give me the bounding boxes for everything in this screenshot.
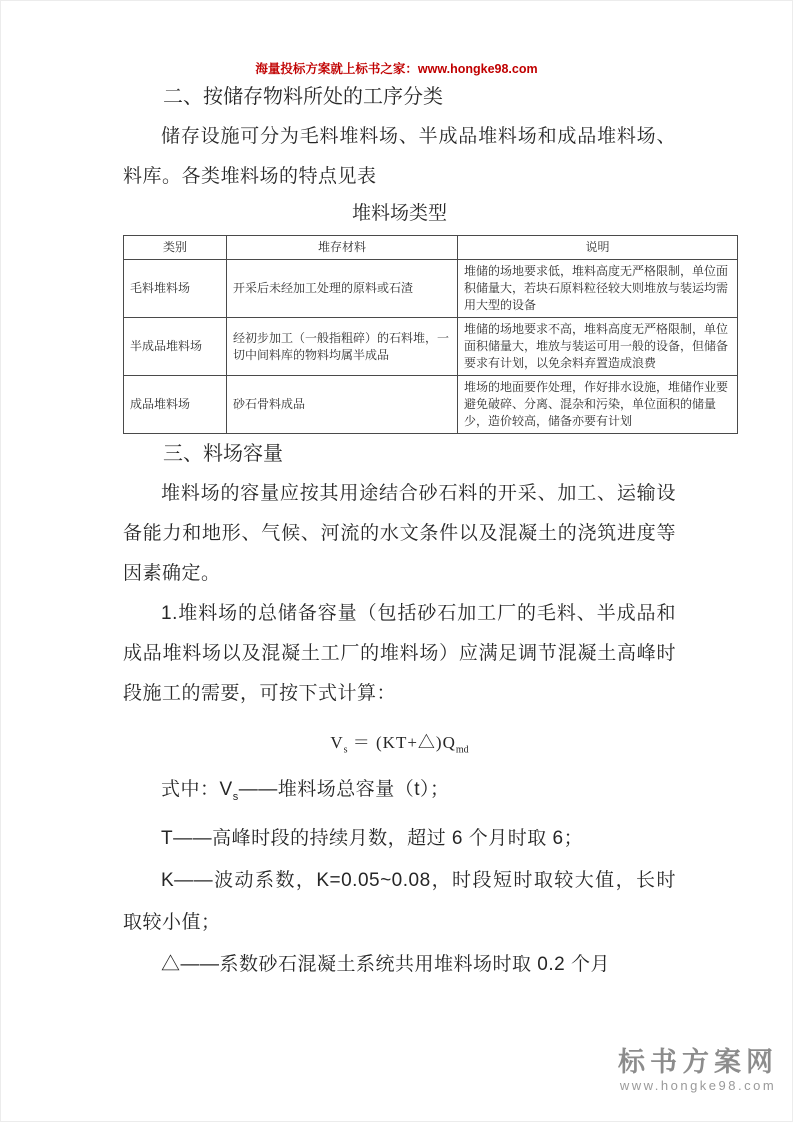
- table-cell-category: 半成品堆料场: [124, 318, 227, 376]
- section-heading-capacity: 三、料场容量: [123, 434, 676, 474]
- where-vs-description: ——堆料场总容量（t）；: [239, 779, 450, 800]
- table-cell-note: 堆储的场地要求不高，堆料高度无严格限制，单位面积储量大，堆放与装运可用一般的设备…: [458, 318, 738, 376]
- header-promo-text: 海量投标方案就上标书之家：www.hongke98.com: [1, 61, 792, 77]
- table-header-row: 类别 堆存材料 说明: [124, 236, 738, 260]
- where-vs-prefix: 式中：V: [161, 779, 233, 800]
- table-row: 毛料堆料场 开采后未经加工处理的原料或石渣 堆储的场地要求低，堆料高度无严格限制…: [124, 260, 738, 318]
- formula-where-line-k: K——波动系数，K=0.05~0.08，时段短时取较大值，长时取较小值；: [123, 860, 676, 944]
- table-cell-material: 经初步加工（一般指粗碎）的石料堆，一切中间料库的物料均属半成品: [227, 318, 458, 376]
- formula-lhs: V: [330, 733, 343, 752]
- formula-where-line-vs: 式中：Vs——堆料场总容量（t）；: [123, 769, 676, 818]
- classification-intro-paragraph: 储存设施可分为毛料堆料场、半成品堆料场和成品堆料场、料库。各类堆料场的特点见表: [123, 117, 676, 197]
- watermark-site-url: www.hongke98.com: [618, 1077, 778, 1095]
- capacity-formula: Vs ＝ (KT+△)Qmd: [123, 724, 676, 769]
- table-header-category: 类别: [124, 236, 227, 260]
- formula-rhs-subscript: md: [456, 744, 469, 755]
- table-caption: 堆料场类型: [123, 199, 676, 229]
- table-row: 成品堆料场 砂石骨料成品 堆场的地面要作处理，作好排水设施，堆储作业要避免破碎、…: [124, 376, 738, 434]
- formula-where-line-delta: △——系数砂石混凝土系统共用堆料场时取 0.2 个月: [123, 944, 676, 986]
- capacity-paragraph-1: 堆料场的容量应按其用途结合砂石料的开采、加工、运输设备能力和地形、气候、河流的水…: [123, 474, 676, 594]
- capacity-paragraph-2: 1.堆料场的总储备容量（包括砂石加工厂的毛料、半成品和成品堆料场以及混凝土工厂的…: [123, 594, 676, 714]
- table-header-note: 说明: [458, 236, 738, 260]
- formula-rhs: (KT+△)Q: [376, 733, 456, 752]
- formula-where-line-t: T——高峰时段的持续月数，超过 6 个月时取 6；: [123, 818, 676, 860]
- table-cell-category: 毛料堆料场: [124, 260, 227, 318]
- table-cell-category: 成品堆料场: [124, 376, 227, 434]
- site-watermark: 标书方案网 www.hongke98.com: [618, 1047, 778, 1095]
- table-cell-note: 堆储的场地要求低，堆料高度无严格限制，单位面积储量大，若块石原料粒径较大则堆放与…: [458, 260, 738, 318]
- table-row: 半成品堆料场 经初步加工（一般指粗碎）的石料堆，一切中间料库的物料均属半成品 堆…: [124, 318, 738, 376]
- document-content: 二、按储存物料所处的工序分类 储存设施可分为毛料堆料场、半成品堆料场和成品堆料场…: [123, 77, 792, 986]
- formula-equals: ＝: [348, 733, 377, 752]
- watermark-site-name: 标书方案网: [618, 1047, 778, 1077]
- table-cell-material: 开采后未经加工处理的原料或石渣: [227, 260, 458, 318]
- table-header-material: 堆存材料: [227, 236, 458, 260]
- table-cell-note: 堆场的地面要作处理，作好排水设施，堆储作业要避免破碎、分离、混杂和污染，单位面积…: [458, 376, 738, 434]
- table-cell-material: 砂石骨料成品: [227, 376, 458, 434]
- document-page: 海量投标方案就上标书之家：www.hongke98.com 二、按储存物料所处的…: [0, 0, 793, 1122]
- storage-yard-type-table: 类别 堆存材料 说明 毛料堆料场 开采后未经加工处理的原料或石渣 堆储的场地要求…: [123, 235, 738, 434]
- section-heading-classification: 二、按储存物料所处的工序分类: [123, 77, 676, 117]
